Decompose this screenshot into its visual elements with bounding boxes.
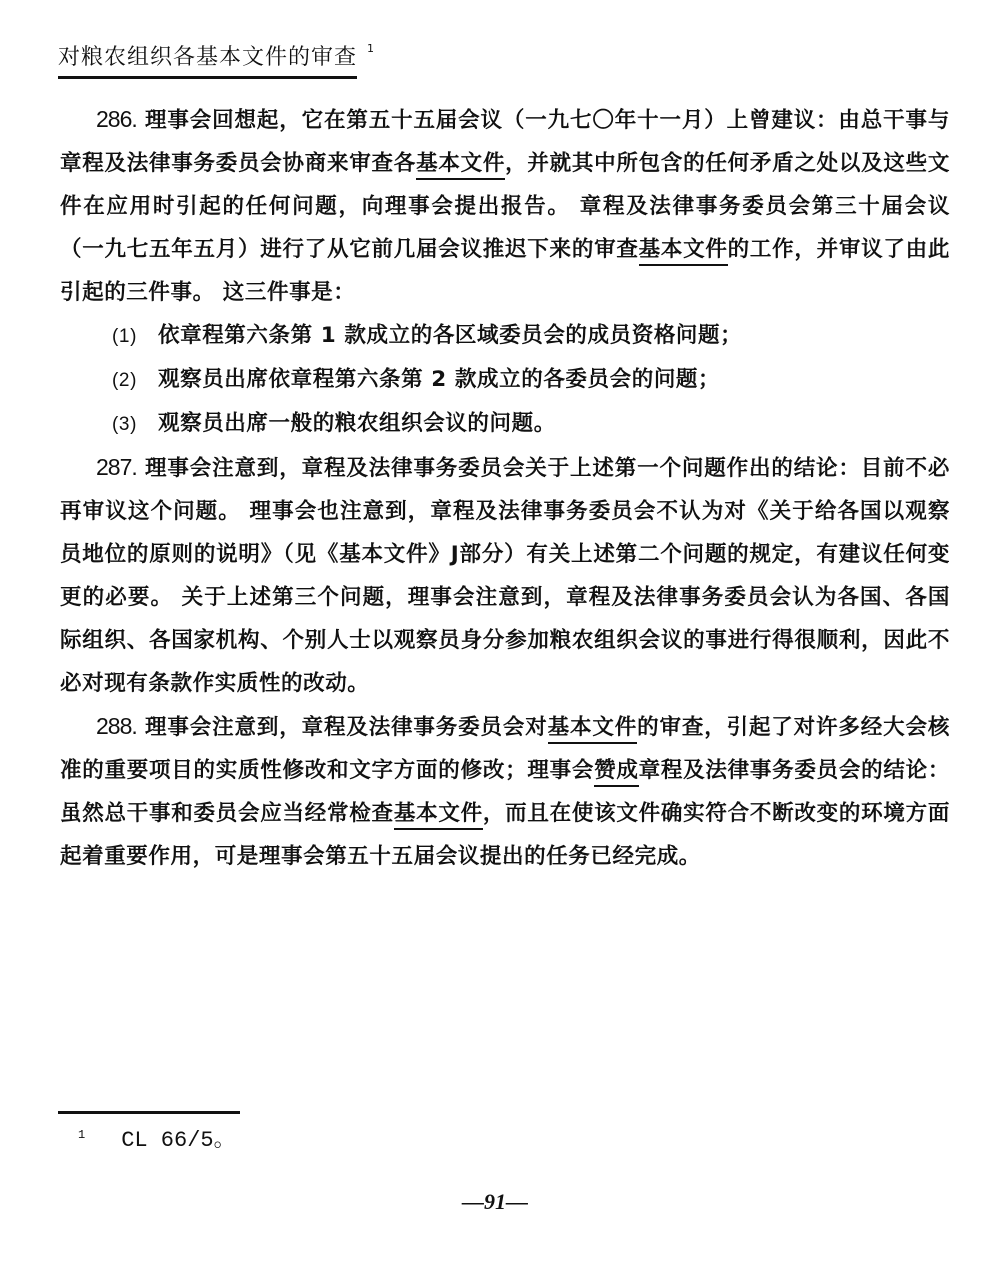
paragraph-286: 286.理事会回想起，它在第五十五届会议（一九七〇年十一月）上曾建议：由总干事与… [60,98,950,314]
paragraph-text: 理事会注意到，章程及法律事务委员会对 [145,715,548,740]
document-body: 286.理事会回想起，它在第五十五届会议（一九七〇年十一月）上曾建议：由总干事与… [60,98,950,878]
paragraph-text: 查 [616,237,638,262]
list-item: (2)观察员出席依章程第六条第 2 款成立的各委员会的问题； [60,358,950,402]
paragraph-number: 288. [96,713,137,739]
paragraph-number: 286. [96,106,137,132]
list-text: 观察员出席一般的粮农组织会议的问题。 [158,411,556,436]
list-marker: (3) [112,403,158,446]
paragraph-288: 288.理事会注意到，章程及法律事务委员会对基本文件的审查，引起了对许多经大会核… [60,705,950,878]
footnote: 1CL 66/5。 [78,1122,236,1153]
footnote-mark: 1 [78,1128,85,1142]
underlined-term: 基本文件 [394,801,483,830]
list-text: 观察员出席依章程第六条第 2 款成立的各委员会的问题； [158,367,720,392]
list-marker: (1) [112,315,158,358]
footnote-text: CL 66/5。 [121,1128,235,1153]
page-number: —91— [462,1189,528,1215]
heading-title: 对粮农组织各基本文件的审查 [58,45,357,79]
underlined-term: 赞成 [594,758,639,787]
paragraph-287: 287.理事会注意到，章程及法律事务委员会关于上述第一个问题作出的结论：目前不必… [60,446,950,705]
heading-footnote-ref: 1 [367,42,375,55]
list-marker: (2) [112,359,158,402]
footnote-divider [58,1111,240,1114]
underlined-term: 基本文件 [639,237,728,266]
underlined-term: 基本文件 [548,715,637,744]
page-heading: 对粮农组织各基本文件的审查1 [58,40,375,71]
underlined-term: 基本文件 [416,151,505,180]
list-item: (1)依章程第六条第 1 款成立的各区域委员会的成员资格问题； [60,314,950,358]
paragraph-number: 287. [96,454,137,480]
paragraph-text: 理事会注意到，章程及法律事务委员会关于上述第一个问题作出的结论：目前不必再审议这… [60,456,950,696]
list-item: (3)观察员出席一般的粮农组织会议的问题。 [60,402,950,446]
list-text: 依章程第六条第 1 款成立的各区域委员会的成员资格问题； [158,323,742,348]
